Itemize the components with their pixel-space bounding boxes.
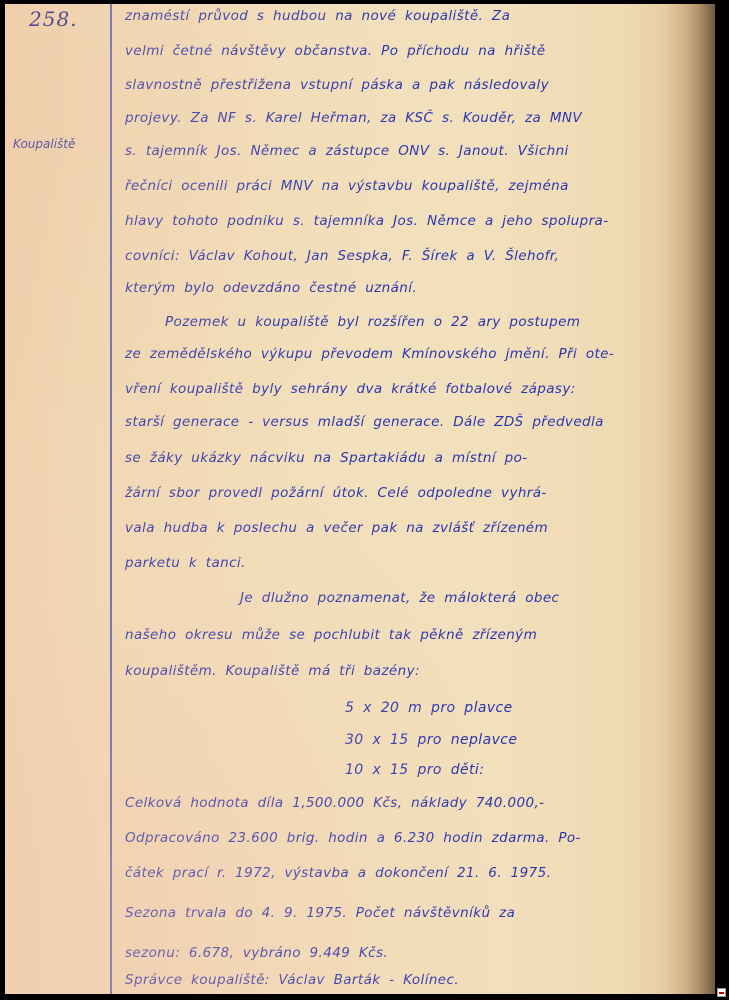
text-line: projevy. Za NF s. Karel Heřman, za KSČ s… [125,110,705,126]
text-line: se žáky ukázky nácviku na Spartakiádu a … [125,450,705,466]
text-line: Je dlužno poznamenat, že málokterá obec [240,590,715,606]
corner-indicator-icon [717,988,726,997]
text-line: kterým bylo odevzdáno čestné uznání. [125,280,705,296]
text-line: hlavy tohoto podniku s. tajemníka Jos. N… [125,213,705,229]
text-line: řečníci ocenili práci MNV na výstavbu ko… [125,178,705,194]
text-line: ze zemědělského výkupu převodem Kmínovsk… [125,346,705,362]
text-line: Odpracováno 23.600 brig. hodin a 6.230 h… [125,830,705,846]
text-line: Celková hodnota díla 1,500.000 Kčs, nákl… [125,795,705,811]
text-line: čátek prací r. 1972, výstavba a dokončen… [125,865,705,881]
text-line: vala hudba k poslechu a večer pak na zvl… [125,520,705,536]
text-line: sezonu: 6.678, vybráno 9.449 Kčs. [125,945,705,961]
text-line: s. tajemník Jos. Němec a zástupce ONV s.… [125,143,705,159]
margin-note: Koupaliště [13,137,75,151]
text-line: vření koupaliště byly sehrány dva krátké… [125,381,705,397]
text-line: 10 x 15 pro děti: [345,762,715,778]
text-line: parketu k tanci. [125,555,705,571]
text-line: slavnostně přestřižena vstupní páska a p… [125,77,705,93]
text-line: našeho okresu může se pochlubit tak pěkn… [125,627,705,643]
text-line: 30 x 15 pro neplavce [345,732,715,748]
text-line: Sezona trvala do 4. 9. 1975. Počet návšt… [125,905,705,921]
text-line: Správce koupaliště: Václav Barták - Kolí… [125,972,705,988]
margin-rule [110,4,112,994]
text-line: covníci: Václav Kohout, Jan Sespka, F. Š… [125,248,705,264]
text-line: 5 x 20 m pro plavce [345,700,715,716]
text-line: žární sbor provedl požární útok. Celé od… [125,485,705,501]
text-line: starší generace - versus mladší generace… [125,414,705,430]
text-line: Pozemek u koupaliště byl rozšířen o 22 a… [165,314,715,330]
chronicle-page: 258. Koupaliště znaméstí průvod s hudbou… [5,4,715,994]
page-number: 258. [29,7,78,31]
text-line: znaméstí průvod s hudbou na nové koupali… [125,8,705,24]
text-line: koupalištěm. Koupaliště má tři bazény: [125,663,705,679]
text-line: velmi četné návštěvy občanstva. Po přích… [125,43,705,59]
